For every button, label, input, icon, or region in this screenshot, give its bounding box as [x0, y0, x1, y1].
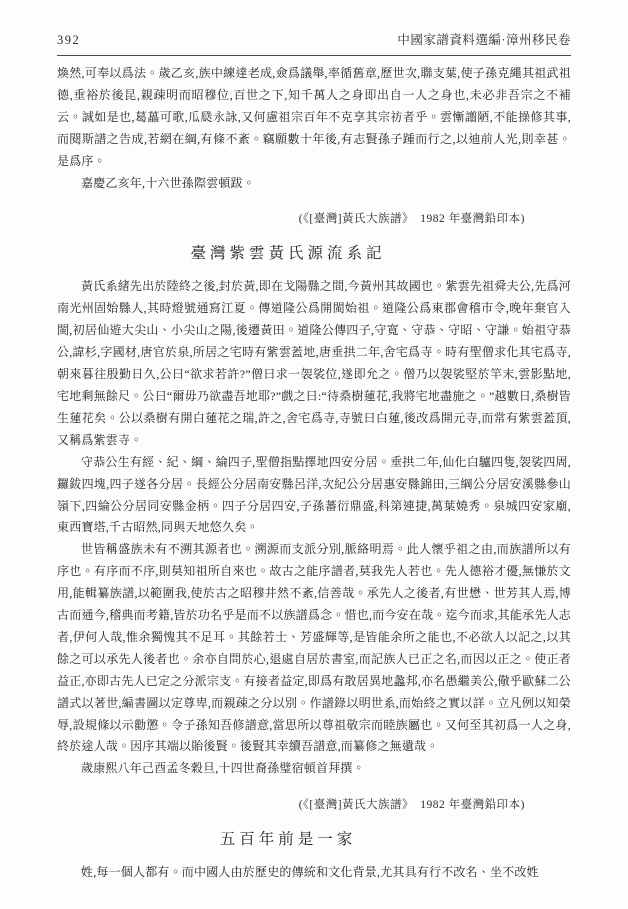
- source-citation-2: (《[臺灣]黃氏大族譜》 1982 年臺灣鉛印本): [57, 795, 571, 815]
- page-header: 392 中國家譜資料選編·漳州移民卷: [57, 30, 571, 56]
- preface-continuation-paragraph: 煥然,可奉以爲法。歲乙亥,族中練達老成,僉爲議舉,率循舊章,歷世次,聯支葉,使子…: [57, 63, 571, 173]
- page-number: 392: [57, 33, 80, 48]
- article2-paragraph-1: 姓,每一個人都有。而中國人由於歷史的傳統和文化背景,尤其具有行不改名、坐不改姓: [57, 862, 571, 884]
- book-title: 中國家譜資料選編·漳州移民卷: [397, 30, 571, 48]
- page-body: 煥然,可奉以爲法。歲乙亥,族中練達老成,僉爲議舉,率循舊章,歷世次,聯支葉,使子…: [57, 56, 571, 884]
- book-page: 392 中國家譜資料選編·漳州移民卷 煥然,可奉以爲法。歲乙亥,族中練達老成,僉…: [0, 0, 628, 909]
- source-citation-1: (《[臺灣]黃氏大族譜》 1982 年臺灣鉛印本): [57, 209, 571, 229]
- article1-paragraph-3: 世皆稱盛族未有不溯其源者也。溯源而支派分別,脈絡明焉。此人懷乎祖之由,而族譜所以…: [57, 539, 571, 758]
- article-title-huang-origins: 臺灣紫雲黃氏源流系記: [57, 241, 519, 267]
- article1-paragraph-2: 守恭公生有經、紀、綱、綸四子,聖僧指點擇地四安分居。垂拱二年,仙化白驢四隻,袈裟…: [57, 452, 571, 540]
- article1-signature-line: 歲康熙八年己酉孟冬穀旦,十四世裔孫璧宿頓首拜撰。: [57, 758, 571, 780]
- preface-signature-line: 嘉慶乙亥年,十六世孫際雲頓跋。: [57, 173, 571, 195]
- article-title-five-hundred-years: 五百年前是一家: [57, 827, 519, 853]
- article1-paragraph-1: 黃氏系緒先出於陸終之後,封於黃,即在戈陽縣之間,今黃州其故國也。紫雲先祖舜夫公,…: [57, 276, 571, 451]
